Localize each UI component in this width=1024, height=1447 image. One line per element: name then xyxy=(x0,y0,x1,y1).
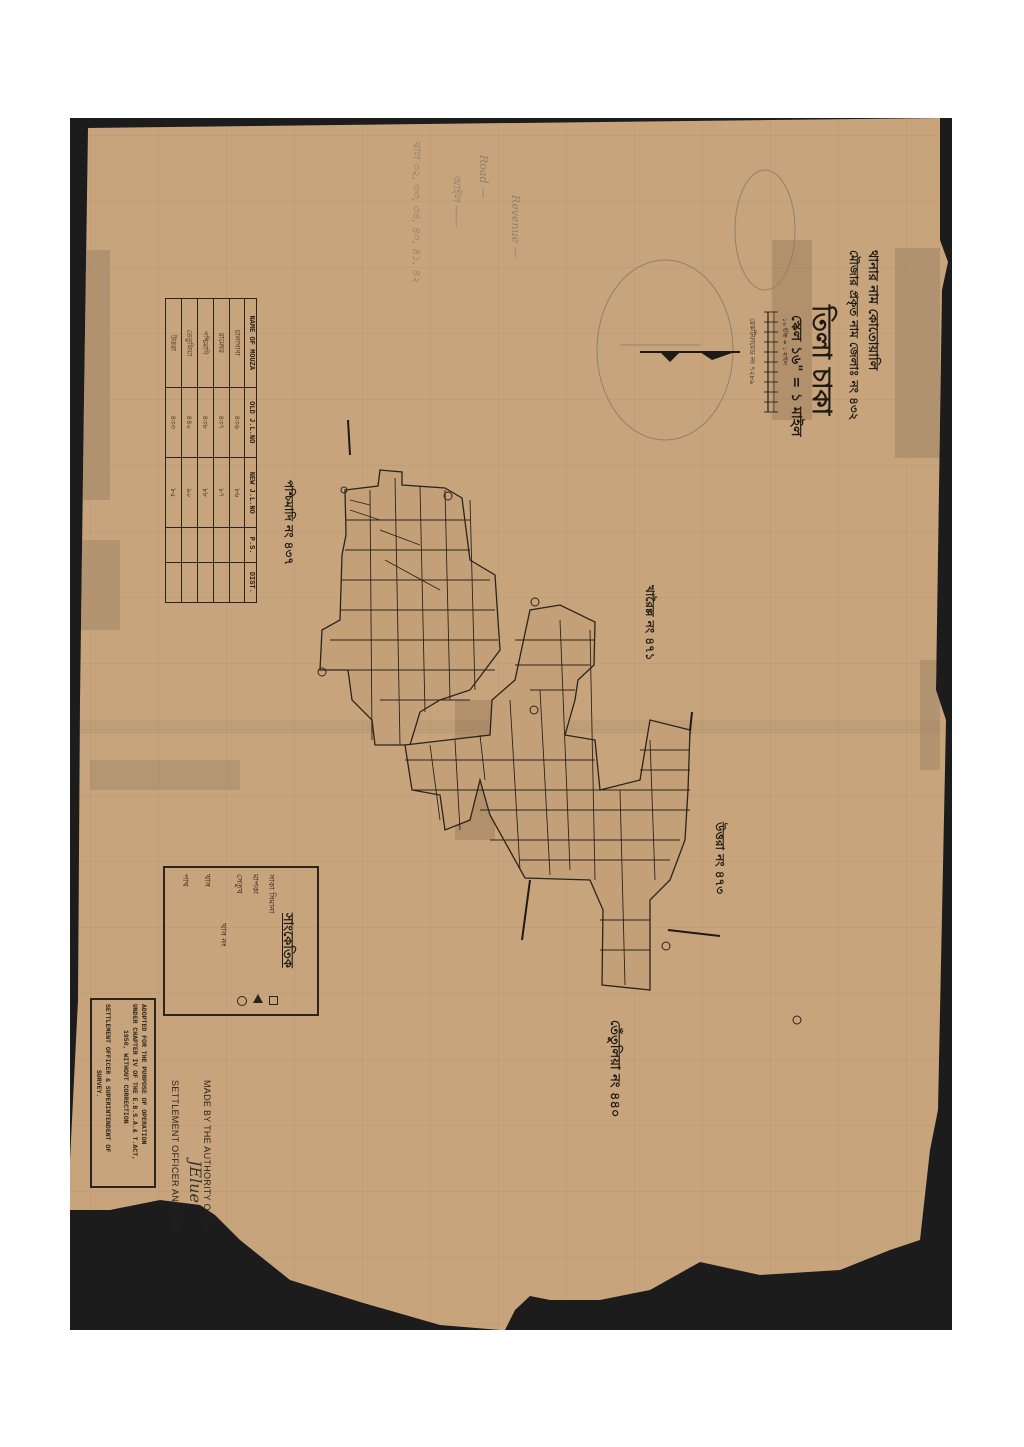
cell: ৮৭ xyxy=(213,458,229,528)
square-icon xyxy=(269,996,278,1005)
cell: ৮৬ xyxy=(229,458,245,528)
stamp-line: UNDER CHAPTER IV OF THE E.B.S.A.& T.ACT, xyxy=(130,1004,139,1160)
cell: রামেশ্বর xyxy=(213,299,229,388)
neighbour-west: পশ্চিমাদি নং ৪৩৭ xyxy=(277,480,297,565)
cell xyxy=(166,528,182,562)
cell: ৮৮ xyxy=(197,458,213,528)
stamp-line: SURVEY. xyxy=(94,1070,103,1097)
cell: ৮৫ xyxy=(166,458,182,528)
table-row: তেতুলিয়া ৪৪০ ৯০ xyxy=(181,299,197,603)
scale-bar-caption: ১৬ ইঞ্চি = ১ মাইল xyxy=(779,318,790,365)
cell xyxy=(166,562,182,602)
signature: JElue xyxy=(186,1160,205,1203)
cell: ৪৩৩ xyxy=(166,387,182,457)
adoption-stamp: ADOPTED FOR THE PURPOSE OF OPERATION UND… xyxy=(90,998,156,1188)
circle-dot-icon xyxy=(237,996,247,1006)
pencil-note: আইল —— xyxy=(446,175,465,227)
made-by-authority: MADE BY THE AUTHORITY OF G xyxy=(202,1080,212,1227)
mouza-table: NAME OF MOUZA OLD J.L.NO NEW J.L.NO P.S.… xyxy=(165,298,257,603)
neighbour-east: উত্তরা নং ৪৭৩ xyxy=(708,822,728,894)
thana-name: থানার নাম কোতোয়ালি xyxy=(861,250,882,370)
legend-item: খাস নং xyxy=(216,923,229,947)
cell xyxy=(197,528,213,562)
col-header: OLD J.L.NO xyxy=(245,387,257,457)
legend-box: সাংকেতিক সাকা সিমানা মাপকা সেতুখ খাস নং … xyxy=(163,866,319,1016)
legend-title: সাংকেতিক xyxy=(276,913,297,968)
cell xyxy=(181,562,197,602)
legend-item: মাপকা xyxy=(248,874,261,894)
table-row: পশ্চিমাদি ৪৩৮ ৮৮ xyxy=(197,299,213,603)
legend-item: খাস xyxy=(200,874,213,887)
triangle-icon xyxy=(253,994,263,1003)
cell: ৪৩৮ xyxy=(197,387,213,457)
scale-ruler-label: রেকটিফায়েড নং ৭২৮৯ xyxy=(746,318,758,384)
pencil-note: Revenue — xyxy=(509,195,522,258)
legend-item: সাকা সিমানা xyxy=(264,874,277,914)
pencil-note: খাল ৩২, ৩৩, ৩৪, ৪০, ৪১, ৪২ xyxy=(406,140,425,283)
stamp-line: ADOPTED FOR THE PURPOSE OF OPERATION xyxy=(139,1004,148,1144)
stamp-line: 1950, WITHOUT CORRECTION xyxy=(121,1030,130,1124)
cell xyxy=(213,562,229,602)
col-header: NAME OF MOUZA xyxy=(245,299,257,388)
cell: ৪৪০ xyxy=(181,387,197,457)
cell xyxy=(197,562,213,602)
cell: চালাখাণা xyxy=(229,299,245,388)
cell xyxy=(181,528,197,562)
neighbour-north: খারৈল্ল নং ৪৭১ xyxy=(638,585,658,661)
cell: তেতুলিয়া xyxy=(181,299,197,388)
table-row: উত্তরা ৪৩৩ ৮৫ xyxy=(166,299,182,603)
col-header: DIST. xyxy=(245,562,257,602)
cell xyxy=(229,528,245,562)
cell xyxy=(213,528,229,562)
col-header: P.S. xyxy=(245,528,257,562)
mouza-name-line: মৌজার প্রকৃত নাম জেলাঃ নং ৪৩২ xyxy=(842,250,862,420)
cell: ৯০ xyxy=(181,458,197,528)
cell xyxy=(229,562,245,602)
legend-item: পাথ xyxy=(178,874,191,887)
col-header: NEW J.L.NO xyxy=(245,458,257,528)
cell: উত্তরা xyxy=(166,299,182,388)
table-row: রামেশ্বর ৪৩৭ ৮৭ xyxy=(213,299,229,603)
legend-item: সেতুখ xyxy=(232,874,245,894)
cell: ৪৩৭ xyxy=(213,387,229,457)
table-row: চালাখাণা ৪৩৬ ৮৬ xyxy=(229,299,245,603)
neighbour-south: তেঁতুলিয়া নং ৪৪০ xyxy=(603,1020,624,1117)
signatory-title: SETTLEMENT OFFICER AND SUP xyxy=(170,1080,180,1231)
stamp-line: SETTLEMENT OFFICER & SUPERINTENDENT OF xyxy=(103,1004,112,1152)
pencil-note: Road — xyxy=(477,155,490,198)
cell: পশ্চিমাদি xyxy=(197,299,213,388)
cell: ৪৩৬ xyxy=(229,387,245,457)
